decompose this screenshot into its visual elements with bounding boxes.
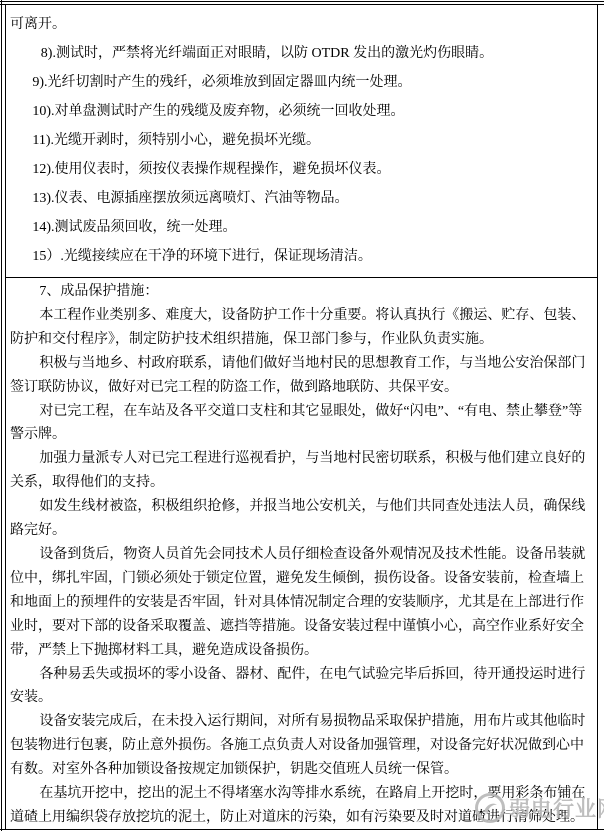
- paragraph: 9).光纤切割时产生的残纤，必须堆放到固定器皿内统一处理。: [10, 68, 593, 97]
- paragraph: 在基坑开挖中，挖出的泥土不得堵塞水沟等排水系统，在路肩上开挖时，要用彩条布铺在道…: [10, 782, 593, 829]
- table-border-left-outer: [1, 0, 2, 831]
- table-border-right: [597, 4, 598, 830]
- paragraph: 8).测试时，严禁将光纤端面正对眼睛，以防 OTDR 发出的激光灼伤眼睛。: [10, 39, 593, 68]
- table-cell-product-protection: 7、成品保护措施：本工程作业类别多、难度大，设备防护工作十分重要。将认真执行《搬…: [7, 278, 597, 829]
- paragraph: 13).仪表、电源插座摆放须远离喷灯、汽油等物品。: [10, 184, 593, 213]
- paragraph: 积极与当地乡、村政府联系，请他们做好当地村民的思想教育工作，与当地公安治保部门签…: [10, 352, 593, 400]
- paragraph: 12).使用仪表时，须按仪表操作规程操作，避免损坏仪表。: [10, 155, 593, 184]
- document-page: 可离开。8).测试时，严禁将光纤端面正对眼睛，以防 OTDR 发出的激光灼伤眼睛…: [0, 0, 604, 831]
- table-border-top-outer: [0, 1, 604, 2]
- table-border-left-inner: [5, 4, 6, 830]
- paragraph: 15）.光缆接续应在干净的环境下进行，保证现场清洁。: [10, 242, 593, 271]
- paragraph: 对已完工程，在车站及各平交道口支柱和其它显眼处，做好“闪电”、“有电、禁止攀登”…: [10, 400, 593, 448]
- paragraph: 各种易丢失或损坏的零小设备、器材、配件，在电气试验完毕后拆回，待开通投运时进行安…: [10, 663, 593, 711]
- paragraph: 可离开。: [10, 10, 593, 39]
- paragraph: 11).光缆开剥时，须特别小心，避免损坏光缆。: [10, 126, 593, 155]
- paragraph: 本工程作业类别多、难度大，设备防护工作十分重要。将认真执行《搬运、贮存、包装、防…: [10, 304, 593, 352]
- paragraph: 加强力量派专人对已完工程进行巡视看护，与当地村民密切联系，积极与他们建立良好的关…: [10, 447, 593, 495]
- paragraph: 14).测试废品须回收，统一处理。: [10, 213, 593, 242]
- table-border-bottom: [0, 829, 604, 830]
- paragraph: 如发生线材被盗，积极组织抢修，并报当地公安机关，与他们共同查处违法人员，确保线路…: [10, 495, 593, 543]
- table-cell-testing-precautions: 可离开。8).测试时，严禁将光纤端面正对眼睛，以防 OTDR 发出的激光灼伤眼睛…: [7, 6, 597, 277]
- paragraph: 7、成品保护措施：: [10, 280, 593, 304]
- paragraph: 设备安装完成后，在未投入运行期间，对所有易损物品采取保护措施，用布片或其他临时包…: [10, 710, 593, 782]
- paragraph: 10).对单盘测试时产生的残缆及废弃物，必须统一回收处理。: [10, 97, 593, 126]
- paragraph: 设备到货后，物资人员首先会同技术人员仔细检查设备外观情况及技术性能。设备吊装就位…: [10, 543, 593, 663]
- table-border-top-inner: [0, 4, 604, 5]
